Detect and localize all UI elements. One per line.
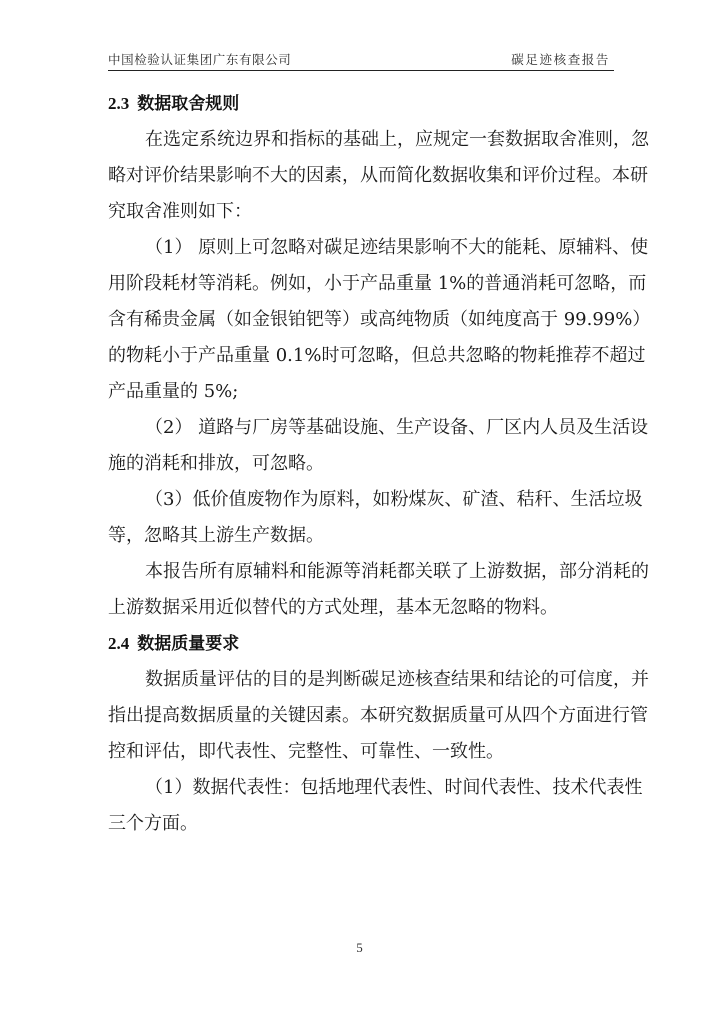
section-title: 数据质量要求	[137, 634, 239, 654]
text-line: 本报告所有原辅料和能源等消耗都关联了上游数据，部分消耗的	[108, 554, 614, 590]
text-line: （1）数据代表性：包括地理代表性、时间代表性、技术代表性	[108, 770, 614, 806]
text-line: 用阶段耗材等消耗。例如，小于产品重量 1%的普通消耗可忽略，而	[108, 266, 614, 302]
section-heading-2-3: 2.3数据取舍规则	[108, 86, 614, 122]
text-line: 究取舍准则如下：	[108, 194, 614, 230]
paragraph-upstream-data: 本报告所有原辅料和能源等消耗都关联了上游数据，部分消耗的 上游数据采用近似替代的…	[108, 554, 614, 626]
text-line: 控和评估，即代表性、完整性、可靠性、一致性。	[108, 734, 614, 770]
text-line: 产品重量的 5%;	[108, 374, 614, 410]
text-line: 上游数据采用近似替代的方式处理，基本无忽略的物料。	[108, 590, 614, 626]
text-line: 在选定系统边界和指标的基础上，应规定一套数据取舍准则，忽	[108, 122, 614, 158]
text-line: 数据质量评估的目的是判断碳足迹核查结果和结论的可信度，并	[108, 662, 614, 698]
text-line: （2） 道路与厂房等基础设施、生产设备、厂区内人员及生活设	[108, 410, 614, 446]
text-line: 指出提高数据质量的关键因素。本研究数据质量可从四个方面进行管	[108, 698, 614, 734]
section-number: 2.3	[108, 94, 129, 113]
text-line: （1） 原则上可忽略对碳足迹结果影响不大的能耗、原辅料、使	[108, 230, 614, 266]
text-line: 的物耗小于产品重量 0.1%时可忽略，但总共忽略的物耗推荐不超过	[108, 338, 614, 374]
header-report-title: 碳足迹核查报告	[511, 50, 610, 68]
text-line: 三个方面。	[108, 806, 614, 842]
text-line: （3）低价值废物作为原料，如粉煤灰、矿渣、秸秆、生活垃圾	[108, 482, 614, 518]
paragraph-quality-intro: 数据质量评估的目的是判断碳足迹核查结果和结论的可信度，并 指出提高数据质量的关键…	[108, 662, 614, 770]
paragraph-intro: 在选定系统边界和指标的基础上，应规定一套数据取舍准则，忽 略对评价结果影响不大的…	[108, 122, 614, 230]
page-header: 中国检验认证集团广东有限公司 碳足迹核查报告	[108, 48, 614, 71]
text-line: 略对评价结果影响不大的因素，从而简化数据收集和评价过程。本研	[108, 158, 614, 194]
paragraph-rule-3: （3）低价值废物作为原料，如粉煤灰、矿渣、秸秆、生活垃圾 等，忽略其上游生产数据…	[108, 482, 614, 554]
paragraph-rule-1: （1） 原则上可忽略对碳足迹结果影响不大的能耗、原辅料、使 用阶段耗材等消耗。例…	[108, 230, 614, 410]
text-line: 施的消耗和排放，可忽略。	[108, 446, 614, 482]
page-number: 5	[0, 940, 719, 956]
paragraph-representativeness: （1）数据代表性：包括地理代表性、时间代表性、技术代表性 三个方面。	[108, 770, 614, 842]
text-line: 含有稀贵金属（如金银铂钯等）或高纯物质（如纯度高于 99.99%）	[108, 302, 614, 338]
header-organization: 中国检验认证集团广东有限公司	[108, 50, 291, 68]
section-heading-2-4: 2.4数据质量要求	[108, 626, 614, 662]
paragraph-rule-2: （2） 道路与厂房等基础设施、生产设备、厂区内人员及生活设 施的消耗和排放，可忽…	[108, 410, 614, 482]
document-page: 中国检验认证集团广东有限公司 碳足迹核查报告 2.3数据取舍规则 在选定系统边界…	[0, 0, 719, 1018]
page-content: 2.3数据取舍规则 在选定系统边界和指标的基础上，应规定一套数据取舍准则，忽 略…	[108, 86, 614, 842]
section-title: 数据取舍规则	[137, 94, 239, 114]
text-line: 等，忽略其上游生产数据。	[108, 518, 614, 554]
section-number: 2.4	[108, 634, 129, 653]
